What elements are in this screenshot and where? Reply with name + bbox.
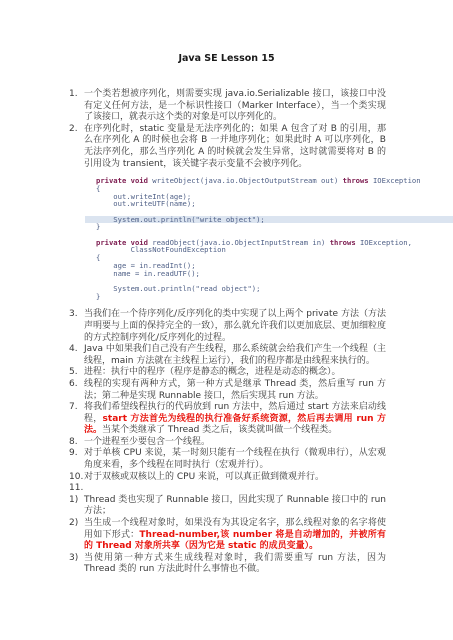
list-item-8: 8. 一个进程至少要包含一个线程。 xyxy=(69,437,386,449)
item-number: 1) xyxy=(69,495,84,518)
item-number: 7. xyxy=(69,402,84,437)
list-item-7: 7. 将我们希望线程执行的代码放到 run 方法中，然后通过 start 方法来… xyxy=(69,402,386,437)
item-number: 3) xyxy=(69,553,84,576)
list-item-5: 5. 进程：执行中的程序（程序是静态的概念，进程是动态的概念）。 xyxy=(69,367,386,379)
list-item-3: 3. 当我们在一个待序列化/反序列化的类中实现了以上两个 private 方法（… xyxy=(69,309,386,344)
item-text: 一个进程至少要包含一个线程。 xyxy=(84,437,386,449)
item-text: 一个类若想被序列化，则需要实现 java.io.Serializable 接口，… xyxy=(84,89,386,124)
code-line: out.writeUTF(name); xyxy=(85,200,453,208)
code-line: } xyxy=(85,293,453,301)
code-line: System.out.println("read object"); xyxy=(85,285,453,293)
item-text: 线程的实现有两种方式，第一种方式是继承 Thread 类，然后重写 run 方法… xyxy=(84,379,386,402)
item-number: 11. xyxy=(69,483,84,495)
code-text: writeObject(java.io.ObjectOutputStream o… xyxy=(152,176,342,185)
highlighted-code-line: System.out.println("write object"); xyxy=(85,216,453,224)
sub-list-item-1: 1) Thread 类也实现了 Runnable 接口，因此实现了 Runnab… xyxy=(69,495,386,518)
sub-list-item-3: 3) 当使用第一种方式来生成线程对象时，我们需要重写 run 方法，因为 Thr… xyxy=(69,553,386,576)
code-text: IOException, xyxy=(356,238,412,247)
document-body: 1. 一个类若想被序列化，则需要实现 java.io.Serializable … xyxy=(69,89,386,576)
item-text: 在序列化时，static 变量是无法序列化的；如果 A 包含了对 B 的引用，那… xyxy=(84,124,386,170)
item-text: Java 中如果我们自己没有产生线程，那么系统就会给我们产生一个线程（主线程，m… xyxy=(84,344,386,367)
item-number: 8. xyxy=(69,437,84,449)
code-text: IOException xyxy=(369,176,421,185)
item-text: 对于单核 CPU 来说，某一时刻只能有一个线程在执行（微观串行），从宏观角度来看… xyxy=(84,448,386,471)
list-item-6: 6. 线程的实现有两种方式，第一种方式是继承 Thread 类，然后重写 run… xyxy=(69,379,386,402)
item-number: 10. xyxy=(69,472,84,484)
item-number: 5. xyxy=(69,367,84,379)
item-text xyxy=(84,483,386,495)
document-page: Java SE Lesson 15 1. 一个类若想被序列化，则需要实现 jav… xyxy=(0,0,453,640)
item-text: 将我们希望线程执行的代码放到 run 方法中，然后通过 start 方法来启动线… xyxy=(84,402,386,437)
item-number: 9. xyxy=(69,448,84,471)
list-item-11: 11. xyxy=(69,483,386,495)
code-block: private void writeObject(java.io.ObjectO… xyxy=(85,177,453,300)
item-number: 2) xyxy=(69,518,84,553)
page-title: Java SE Lesson 15 xyxy=(0,53,453,64)
code-line: name = in.readUTF(); xyxy=(85,270,453,278)
list-item-1: 1. 一个类若想被序列化，则需要实现 java.io.Serializable … xyxy=(69,89,386,124)
item-text: 进程：执行中的程序（程序是静态的概念，进程是动态的概念）。 xyxy=(84,367,386,379)
list-item-9: 9. 对于单核 CPU 来说，某一时刻只能有一个线程在执行（微观串行），从宏观角… xyxy=(69,448,386,471)
item-number: 3. xyxy=(69,309,84,344)
item-text: 当生成一个线程对象时，如果没有为其设定名字，那么线程对象的名字将使用如下形式：T… xyxy=(84,518,386,553)
item-text: 当我们在一个待序列化/反序列化的类中实现了以上两个 private 方法（方法声… xyxy=(84,309,386,344)
item-number: 2. xyxy=(69,124,84,170)
code-line: } xyxy=(85,223,453,231)
code-line: private void writeObject(java.io.ObjectO… xyxy=(85,177,453,185)
item-text: 当使用第一种方式来生成线程对象时，我们需要重写 run 方法，因为 Thread… xyxy=(84,553,386,576)
code-keyword: throws xyxy=(343,176,369,185)
code-line: ClassNotFoundException xyxy=(85,246,453,254)
item-text-plain: 当某个类继承了 Thread 类之后，该类就叫做一个线程类。 xyxy=(102,425,337,435)
item-number: 6. xyxy=(69,379,84,402)
list-item-2: 2. 在序列化时，static 变量是无法序列化的；如果 A 包含了对 B 的引… xyxy=(69,124,386,170)
list-item-4: 4. Java 中如果我们自己没有产生线程，那么系统就会给我们产生一个线程（主线… xyxy=(69,344,386,367)
code-keyword: throws xyxy=(330,238,356,247)
item-number: 4. xyxy=(69,344,84,367)
item-number: 1. xyxy=(69,89,84,124)
item-text: Thread 类也实现了 Runnable 接口，因此实现了 Runnable … xyxy=(84,495,386,518)
sub-list-item-2: 2) 当生成一个线程对象时，如果没有为其设定名字，那么线程对象的名字将使用如下形… xyxy=(69,518,386,553)
list-item-10: 10. 对于双核或双核以上的 CPU 来说，可以真正做到微观并行。 xyxy=(69,472,386,484)
item-text: 对于双核或双核以上的 CPU 来说，可以真正做到微观并行。 xyxy=(84,472,386,484)
code-keyword: private void xyxy=(96,176,152,185)
